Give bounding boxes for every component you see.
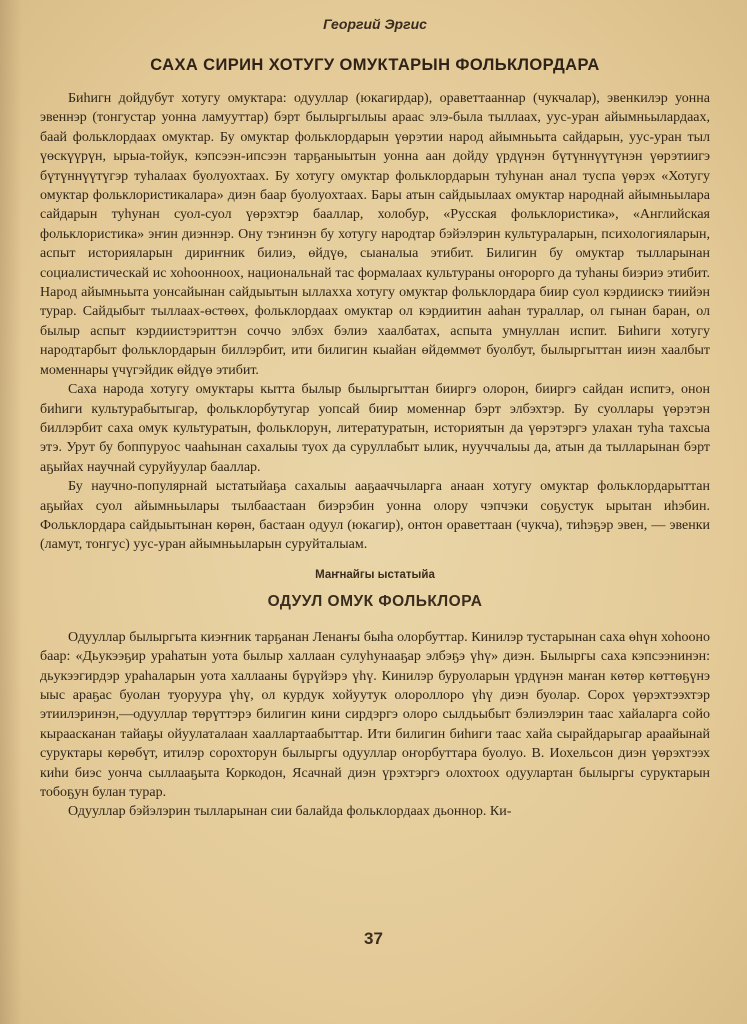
book-page: Георгий Эргис САХА СИРИН ХОТУГУ ОМУКТАРЫ… — [40, 10, 710, 822]
section-title: ОДУУЛ ОМУК ФОЛЬКЛОРА — [40, 593, 710, 611]
body-paragraph: Биһигн дойдубут хотугу омуктара: одуулла… — [40, 89, 710, 380]
section-paragraph: Одууллар бэйэлэрин тылларынан сии балайд… — [40, 802, 710, 821]
page-number: 37 — [0, 929, 747, 949]
author-name: Георгий Эргис — [40, 16, 710, 36]
body-paragraph: Саха народа хотугу омуктары кытта былыр … — [40, 380, 710, 477]
section-subhead: Маҥнайгы ыстатыйа — [40, 569, 710, 581]
section-paragraph: Одууллар былыргыта киэҥник тарҕанан Лена… — [40, 628, 710, 803]
body-paragraph: Бу научно-популярнай ыстатыйаҕа сахалыы … — [40, 477, 710, 555]
article-title: САХА СИРИН ХОТУГУ ОМУКТАРЫН ФОЛЬКЛОРДАРА — [40, 56, 710, 75]
